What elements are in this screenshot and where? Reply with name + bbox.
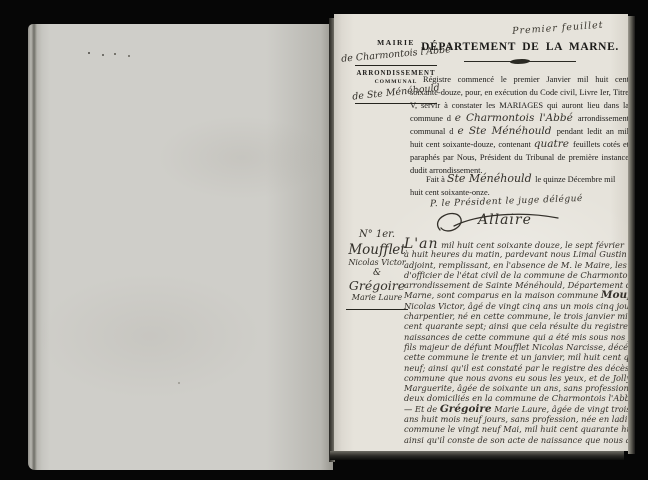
- act-line-text: Marne, sont comparus en la maison commun…: [404, 290, 598, 300]
- act-line-text: Marie Laure, âgée de vingt trois: [494, 404, 628, 414]
- act-line: d'officier de l'état civil de la commune…: [404, 270, 628, 280]
- act-line: Nicolas Victor, âgé de vingt cinq ans un…: [404, 301, 628, 311]
- commune-handwritten: e Charmontois l'Abbé: [455, 112, 578, 124]
- scanned-register-photo: Premier feuillet MAIRIE de Charmontois l…: [0, 0, 648, 480]
- act-line: à huit heures du matin, pardevant nous L…: [404, 249, 628, 259]
- bride-name-emphasis: Grégoire: [440, 403, 492, 415]
- margin-rule: [355, 65, 437, 66]
- arrondissement-handwritten: e Ste Ménéhould: [457, 125, 556, 137]
- fait-prefix: Fait à: [426, 175, 447, 184]
- feuillets-count-handwritten: quatre: [534, 138, 573, 150]
- act-line: commune le vingt neuf Mai, mil huit cent…: [404, 424, 628, 434]
- page-title: DÉPARTEMENT DE LA MARNE.: [418, 41, 622, 53]
- judge-signature: Allaire: [426, 204, 586, 242]
- act-line: cette commune le trente et un janvier, m…: [404, 352, 628, 362]
- act-line: Marguerite, âgée de soixante un ans, san…: [404, 383, 628, 393]
- scan-speckles: [88, 52, 90, 54]
- act-line: commune que nous avons eu sous les yeux,…: [404, 373, 628, 383]
- act-line: — Et de Grégoire Marie Laure, âgée de vi…: [404, 404, 628, 414]
- signature-name: Allaire: [478, 212, 532, 228]
- right-register-page: Premier feuillet MAIRIE de Charmontois l…: [334, 14, 628, 451]
- act-line: ans huit mois neuf jours, sans professio…: [404, 414, 628, 424]
- register-preamble: Régistre commencé le premier Janvier mil…: [410, 73, 628, 177]
- act-line: neuf; ainsi qu'il est constaté par le re…: [404, 363, 628, 373]
- corner-annotation: Premier feuillet: [512, 18, 628, 37]
- act-line-text: — Et de: [404, 404, 437, 414]
- act-line: cent quarante sept; ainsi que cela résul…: [404, 321, 628, 331]
- page-stack-edge: [628, 16, 635, 454]
- act-line: Marne, sont comparus en la maison commun…: [404, 290, 628, 300]
- fait-place-handwritten: Ste Ménéhould: [447, 172, 535, 185]
- groom-name-emphasis: Moufflet: [601, 289, 628, 301]
- left-blank-page: [28, 24, 333, 470]
- act-line: fils majeur de défunt Moufflet Nicolas N…: [404, 342, 628, 352]
- act-line: ainsi qu'il conste de son acte de naissa…: [404, 435, 628, 445]
- act-line: naissances de cette commune qui a été mi…: [404, 332, 628, 342]
- page-bottom-shadow: [330, 451, 624, 460]
- act-line: arrondissement de Sainte Ménéhould, Dépa…: [404, 280, 628, 290]
- act-line: adjoint, remplissant, en l'absence de M.…: [404, 260, 628, 270]
- marriage-act-body: L'an mil huit cent soixante douze, le se…: [404, 239, 628, 445]
- margin-rule: [346, 309, 408, 310]
- act-line: L'an mil huit cent soixante douze, le se…: [404, 239, 628, 249]
- act-line: charpentier, né en cette commune, le tro…: [404, 311, 628, 321]
- ornament-divider: [464, 61, 576, 62]
- act-line: deux domiciliés en la commune de Charmon…: [404, 393, 628, 403]
